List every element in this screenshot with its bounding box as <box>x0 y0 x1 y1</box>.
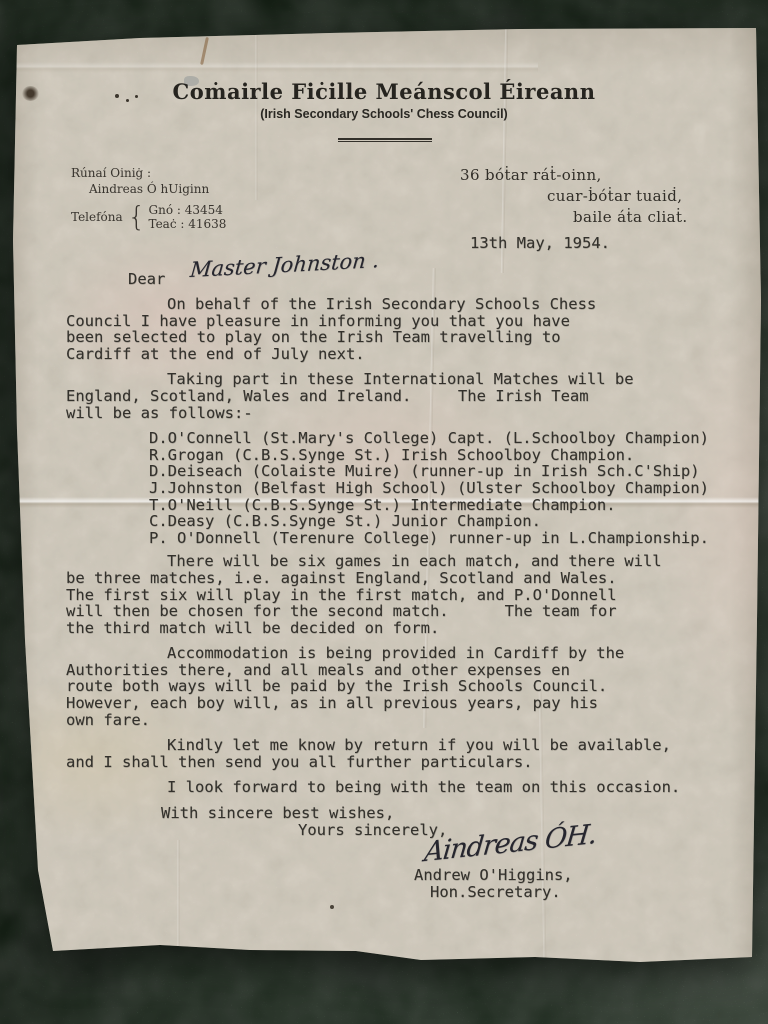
typed-line: However, each boy will, as in all previo… <box>66 695 726 712</box>
paragraph: On behalf of the Irish Secondary Schools… <box>66 296 726 362</box>
secretary-name: Aindreas Ó hUiginn <box>89 182 261 196</box>
phone-label: Telefóna <box>71 210 123 224</box>
team-list-item: J.Johnston (Belfast High School) (Ulster… <box>66 480 726 497</box>
secretary-block: Rúnaí Oiniġ : Aindreas Ó hUiginn Telefón… <box>71 166 261 231</box>
phone-block: Telefóna { Gnó : 43454 Teaċ : 41638 <box>71 203 261 231</box>
salutation-typed: Dear <box>128 270 165 288</box>
letterhead-rule <box>338 138 432 142</box>
typed-line: There will be six games in each match, a… <box>66 553 726 570</box>
typed-line: Kindly let me know by return if you will… <box>66 737 726 754</box>
closing-block: With sincere best wishes, Yours sincerel… <box>66 805 726 838</box>
typed-line: The first six will play in the first mat… <box>66 587 726 604</box>
phone-business: Gnó : 43454 <box>149 203 227 217</box>
brace-glyph: { <box>128 203 146 231</box>
signature-typed-title: Hon.Secretary. <box>430 884 597 901</box>
paragraph: Kindly let me know by return if you will… <box>66 737 726 770</box>
typed-line: been selected to play on the Irish Team … <box>66 329 726 346</box>
team-list-item: D.Deiseach (Colaiste Muire) (runner-up i… <box>66 463 726 480</box>
org-name-english: (Irish Secondary Schools' Chess Council) <box>0 107 768 121</box>
secretary-label: Rúnaí Oiniġ : <box>71 166 261 180</box>
typed-line: Cardiff at the end of July next. <box>66 346 726 363</box>
paragraph: Accommodation is being provided in Cardi… <box>66 645 726 728</box>
paragraph: Taking part in these International Match… <box>66 371 726 421</box>
paragraph: There will be six games in each match, a… <box>66 553 726 636</box>
letter-content: Coṁairle Fiċille Meánscol Éireann (Irish… <box>0 0 768 1024</box>
signature-typed-name: Andrew O'Higgins, <box>414 867 597 884</box>
typed-line: will then be chosen for the second match… <box>66 603 726 620</box>
team-list-item: D.O'Connell (St.Mary's College) Capt. (L… <box>66 430 726 447</box>
typed-line: own fare. <box>66 712 726 729</box>
salutation-handwritten: Master Johnston . <box>189 248 380 282</box>
typed-line: will be as follows:- <box>66 405 726 422</box>
typed-line: the third match will be decided on form. <box>66 620 726 637</box>
typed-line: be three matches, i.e. against England, … <box>66 570 726 587</box>
letter-paper-wrap: Coṁairle Fiċille Meánscol Éireann (Irish… <box>0 0 768 1024</box>
org-name-gaelic: Coṁairle Fiċille Meánscol Éireann <box>0 79 768 104</box>
typed-line: Authorities there, and all meals and oth… <box>66 662 726 679</box>
team-list-item: P. O'Donnell (Terenure College) runner-u… <box>66 530 726 547</box>
paragraph: I look forward to being with the team on… <box>66 779 726 796</box>
signature-block: Aindreas ÓH. Andrew O'Higgins, Hon.Secre… <box>400 828 597 901</box>
closing-wishes: With sincere best wishes, <box>66 805 726 822</box>
phone-numbers: Gnó : 43454 Teaċ : 41638 <box>149 203 227 231</box>
photo-of-letter: Coṁairle Fiċille Meánscol Éireann (Irish… <box>0 0 768 1024</box>
team-list-item: C.Deasy (C.B.S.Synge St.) Junior Champio… <box>66 513 726 530</box>
letter-body: On behalf of the Irish Secondary Schools… <box>66 296 726 847</box>
address-line: 36 bóṫar ráṫ-oinn, <box>460 166 602 184</box>
team-list: D.O'Connell (St.Mary's College) Capt. (L… <box>66 430 726 546</box>
typed-line: Council I have pleasure in informing you… <box>66 313 726 330</box>
typed-line: route both ways will be paid by the Iris… <box>66 678 726 695</box>
typed-line: On behalf of the Irish Secondary Schools… <box>66 296 726 313</box>
typed-line: Taking part in these International Match… <box>66 371 726 388</box>
typed-line: and I shall then send you all further pa… <box>66 754 726 771</box>
address-line: cuar-ḃóṫar tuaiḋ, <box>547 187 682 205</box>
typed-line: Accommodation is being provided in Cardi… <box>66 645 726 662</box>
date-line: 13th May, 1954. <box>470 234 610 252</box>
typed-line: I look forward to being with the team on… <box>66 779 726 796</box>
team-list-item: R.Grogan (C.B.S.Synge St.) Irish Schoolb… <box>66 447 726 464</box>
letter-paper: Coṁairle Fiċille Meánscol Éireann (Irish… <box>0 0 768 1024</box>
team-list-item: T.O'Neill (C.B.S.Synge St.) Intermediate… <box>66 497 726 514</box>
closing-yours-sincerely: Yours sincerely, <box>66 822 726 839</box>
typed-line: England, Scotland, Wales and Ireland. Th… <box>66 388 726 405</box>
address-line: baile áṫa cliaṫ. <box>573 208 688 226</box>
phone-home: Teaċ : 41638 <box>149 217 227 231</box>
